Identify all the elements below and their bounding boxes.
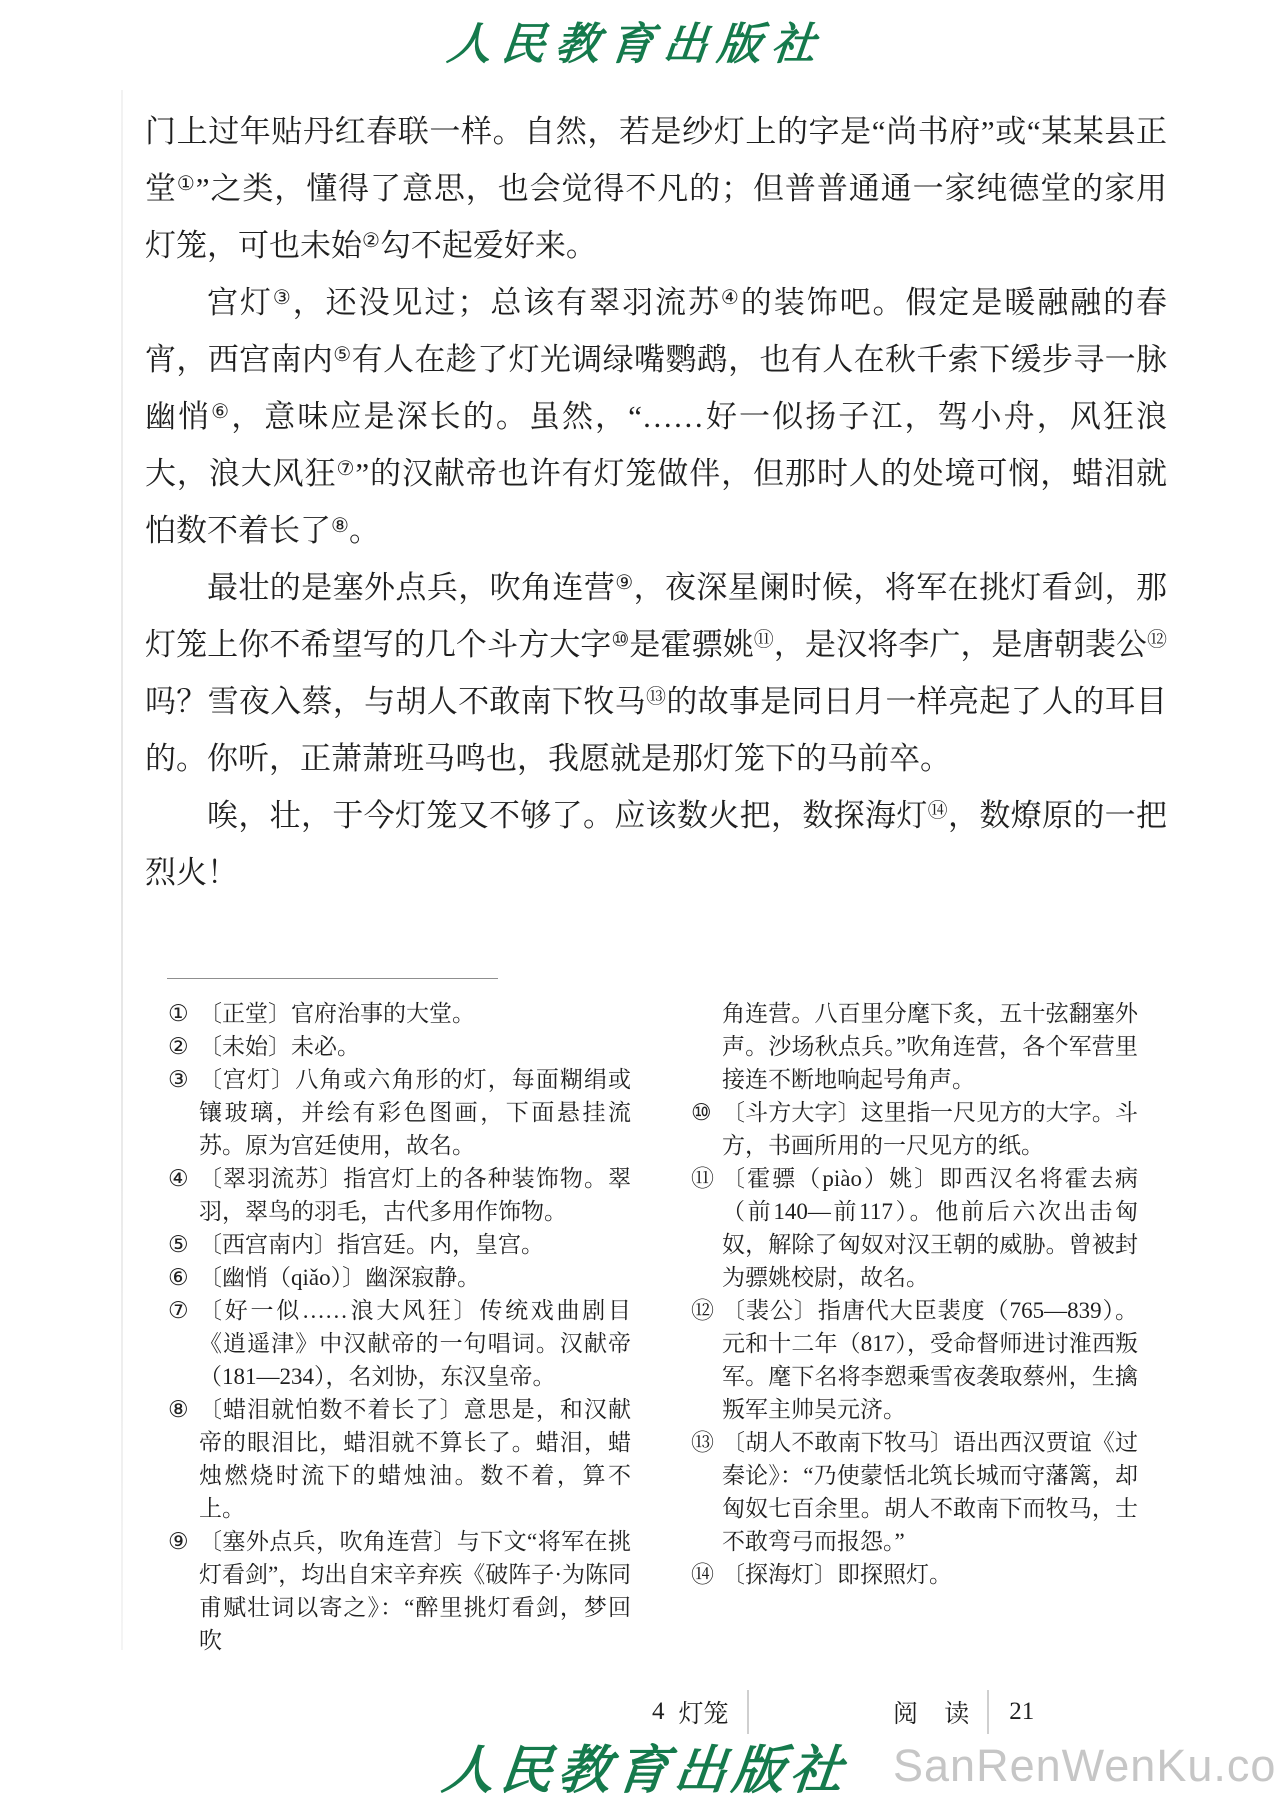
footnote-number: ⑫ <box>691 1294 714 1327</box>
footnote-number: ⑦ <box>168 1294 189 1327</box>
footnote-text: 〔裴公〕指唐代大臣裴度（765—839）。元和十二年（817），受命督师进讨淮西… <box>722 1298 1138 1422</box>
paragraph: 唉，壮，于今灯笼又不够了。应该数火把，数探海灯⑭，数燎原的一把烈火！ <box>145 787 1167 901</box>
publisher-logo-bottom: 人民教育出版社 <box>439 1728 853 1800</box>
footnote-text: 〔胡人不敢南下牧马〕语出西汉贾谊《过秦论》：“乃使蒙恬北筑长城而守藩篱，却匈奴七… <box>722 1430 1138 1554</box>
footnote: ⑥〔幽悄（qiǎo）〕幽深寂静。 <box>168 1261 631 1294</box>
footnote-number: ⑧ <box>168 1393 189 1426</box>
footnote: ⑫〔裴公〕指唐代大臣裴度（765—839）。元和十二年（817），受命督师进讨淮… <box>691 1294 1138 1426</box>
footnote-number: ③ <box>168 1063 189 1096</box>
footnote: ⑪〔霍骠（piào）姚〕即西汉名将霍去病（前140—前117）。他前后六次出击匈… <box>691 1162 1138 1294</box>
footnote-continuation: 角连营。八百里分麾下炙，五十弦翻塞外声。沙场秋点兵。”吹角连营，各个军营里接连不… <box>691 997 1138 1096</box>
footnote-number: ⑩ <box>691 1096 712 1129</box>
footnote-text: 〔宫灯〕八角或六角形的灯，每面糊绢或镶玻璃，并绘有彩色图画，下面悬挂流苏。原为宫… <box>199 1067 631 1158</box>
footnote: ⑨〔塞外点兵，吹角连营〕与下文“将军在挑灯看剑”，均出自宋辛弃疾《破阵子·为陈同… <box>168 1525 631 1657</box>
footnote-number: ⑨ <box>168 1525 189 1558</box>
footnote: ③〔宫灯〕八角或六角形的灯，每面糊绢或镶玻璃，并绘有彩色图画，下面悬挂流苏。原为… <box>168 1063 631 1162</box>
footnote-ref: ⑪ <box>754 629 774 651</box>
footnote-text: 〔正堂〕官府治事的大堂。 <box>199 1001 475 1026</box>
page-gutter-shadow <box>121 90 123 1650</box>
footnote-text: 〔好一似……浪大风狂〕传统戏曲剧目《逍遥津》中汉献帝的一句唱词。汉献帝（181—… <box>199 1298 631 1389</box>
lesson-number: 4 <box>652 1698 665 1726</box>
body-text: 门上过年贴丹红春联一样。自然，若是纱灯上的字是“尚书府”或“某某县正堂①”之类，… <box>145 103 1167 901</box>
footnote: ⑤〔西宫南内〕指宫廷。内，皇宫。 <box>168 1228 631 1261</box>
footnote-text: 〔翠羽流苏〕指宫灯上的各种装饰物。翠羽，翠鸟的羽毛，古代多用作饰物。 <box>199 1166 631 1224</box>
footnote-number: ② <box>168 1030 189 1063</box>
footnote: ⑧〔蜡泪就怕数不着长了〕意思是，和汉献帝的眼泪比，蜡泪就不算长了。蜡泪，蜡烛燃烧… <box>168 1393 631 1525</box>
footnote-text: 〔霍骠（piào）姚〕即西汉名将霍去病（前140—前117）。他前后六次出击匈奴… <box>722 1166 1138 1290</box>
footnote-ref: ② <box>362 230 380 252</box>
footnote: ①〔正堂〕官府治事的大堂。 <box>168 997 631 1030</box>
publisher-logo-top: 人民教育出版社 <box>0 8 1274 72</box>
footnote-ref: ⑥ <box>211 401 231 423</box>
footnotes-right-column: 角连营。八百里分麾下炙，五十弦翻塞外声。沙场秋点兵。”吹角连营，各个军营里接连不… <box>691 997 1138 1591</box>
footnote-text: 〔塞外点兵，吹角连营〕与下文“将军在挑灯看剑”，均出自宋辛弃疾《破阵子·为陈同甫… <box>199 1529 631 1653</box>
footnote-ref: ① <box>177 173 196 195</box>
section-label: 阅 读 <box>893 1694 979 1730</box>
footnote-separator <box>167 978 498 979</box>
footnote: ⑬〔胡人不敢南下牧马〕语出西汉贾谊《过秦论》：“乃使蒙恬北筑长城而守藩篱，却匈奴… <box>691 1426 1138 1558</box>
footnote-ref: ⑦ <box>337 458 356 480</box>
footnote-ref: ④ <box>721 287 741 309</box>
footnote: ⑦〔好一似……浪大风狂〕传统戏曲剧目《逍遥津》中汉献帝的一句唱词。汉献帝（181… <box>168 1294 631 1393</box>
footnote: ⑩〔斗方大字〕这里指一尺见方的大字。斗方，书画所用的一尺见方的纸。 <box>691 1096 1138 1162</box>
footnote-number: ⑪ <box>691 1162 714 1195</box>
footnote-text: 〔斗方大字〕这里指一尺见方的大字。斗方，书画所用的一尺见方的纸。 <box>722 1100 1138 1158</box>
paragraph: 宫灯③，还没见过；总该有翠羽流苏④的装饰吧。假定是暖融融的春宵，西宫南内⑤有人在… <box>145 274 1167 559</box>
footnote-number: ④ <box>168 1162 189 1195</box>
footnote-number: ⑭ <box>691 1558 714 1591</box>
footnote-ref: ⑫ <box>1147 629 1167 651</box>
footnote-ref: ③ <box>273 287 293 309</box>
watermark-text: SanRenWenKu.com <box>893 1740 1274 1792</box>
footnote-ref: ⑬ <box>646 686 666 708</box>
footnote-number: ⑥ <box>168 1261 189 1294</box>
footnote-text: 〔西宫南内〕指宫廷。内，皇宫。 <box>199 1232 544 1257</box>
footnote-ref: ⑧ <box>331 515 349 537</box>
paragraph: 门上过年贴丹红春联一样。自然，若是纱灯上的字是“尚书府”或“某某县正堂①”之类，… <box>145 103 1167 274</box>
footnote: ②〔未始〕未必。 <box>168 1030 631 1063</box>
footnote-number: ⑤ <box>168 1228 189 1261</box>
footnote: ⑭〔探海灯〕即探照灯。 <box>691 1558 1138 1591</box>
footer-section-page: 阅 读 21 <box>893 1690 1034 1734</box>
footnote-text: 〔未始〕未必。 <box>199 1034 360 1059</box>
page-number-divider-bar <box>987 1690 989 1734</box>
footnote: ④〔翠羽流苏〕指宫灯上的各种装饰物。翠羽，翠鸟的羽毛，古代多用作饰物。 <box>168 1162 631 1228</box>
paragraph: 最壮的是塞外点兵，吹角连营⑨，夜深星阑时候，将军在挑灯看剑，那灯笼上你不希望写的… <box>145 559 1167 787</box>
footnotes-left-column: ①〔正堂〕官府治事的大堂。②〔未始〕未必。③〔宫灯〕八角或六角形的灯，每面糊绢或… <box>168 997 631 1657</box>
footnote-ref: ⑤ <box>333 344 351 366</box>
lesson-title: 灯笼 <box>679 1694 729 1730</box>
textbook-page: 人民教育出版社 门上过年贴丹红春联一样。自然，若是纱灯上的字是“尚书府”或“某某… <box>0 0 1274 1800</box>
footnote-text: 〔幽悄（qiǎo）〕幽深寂静。 <box>199 1265 480 1290</box>
footnote-ref: ⑭ <box>928 800 948 822</box>
page-number: 21 <box>1009 1698 1034 1726</box>
footnote-text: 〔探海灯〕即探照灯。 <box>722 1562 952 1587</box>
footnote-text: 角连营。八百里分麾下炙，五十弦翻塞外声。沙场秋点兵。”吹角连营，各个军营里接连不… <box>722 1001 1138 1092</box>
footnote-number: ⑬ <box>691 1426 714 1459</box>
footnote-text: 〔蜡泪就怕数不着长了〕意思是，和汉献帝的眼泪比，蜡泪就不算长了。蜡泪，蜡烛燃烧时… <box>199 1397 631 1521</box>
footnote-ref: ⑨ <box>615 572 633 594</box>
footnote-ref: ⑩ <box>611 629 629 651</box>
footnote-number: ① <box>168 997 189 1030</box>
